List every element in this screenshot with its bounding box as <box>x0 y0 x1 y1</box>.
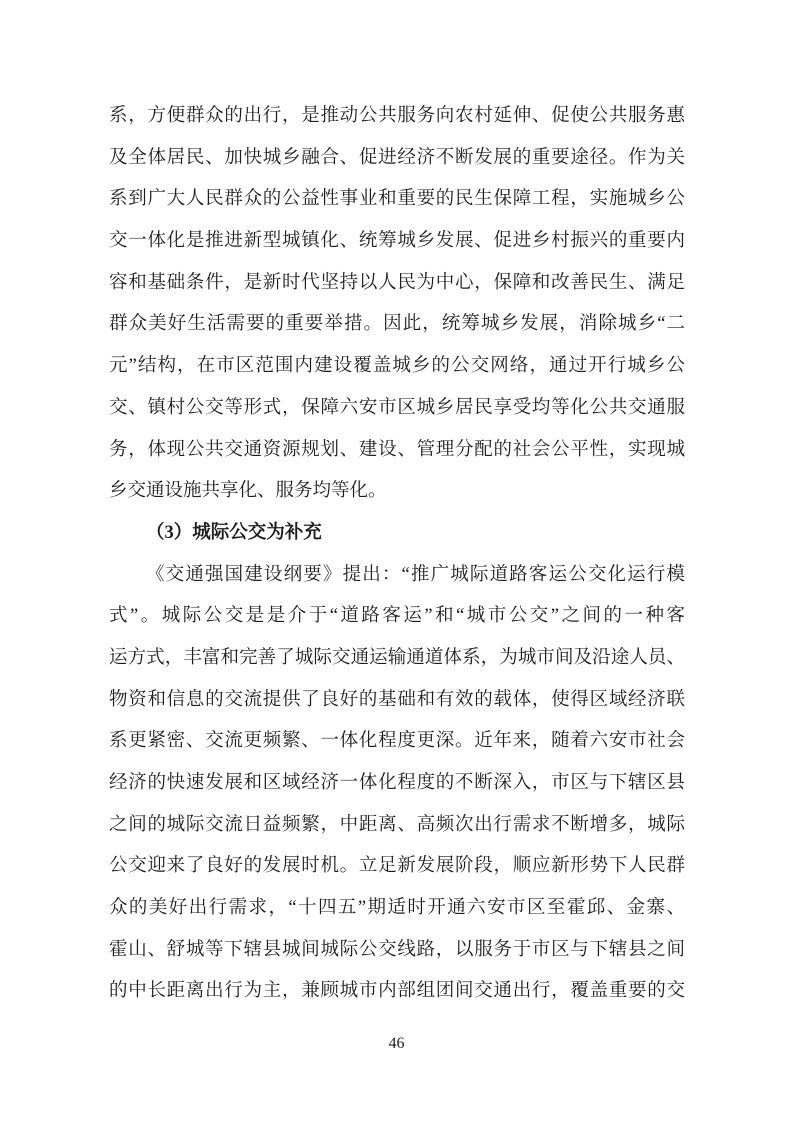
text-line: 霍山、舒城等下辖县城间城际公交线路，以服务于市区与下辖县之间 <box>109 930 685 972</box>
text-line: 群众美好生活需要的重要举措。因此，统筹城乡发展，消除城乡“二 <box>109 304 685 346</box>
text-line: 经济的快速发展和区域经济一体化程度的不断深入，市区与下辖区县 <box>109 763 685 805</box>
document-page: 系，方便群众的出行，是推动公共服务向农村延伸、促使公共服务惠 及全体居民、加快城… <box>0 0 793 1122</box>
text-line: 交一体化是推进新型城镇化、统筹城乡发展、促进乡村振兴的重要内 <box>109 221 685 263</box>
text-line: 系更紧密、交流更频繁、一体化程度更深。近年来，随着六安市社会 <box>109 721 685 763</box>
text-line: 众的美好出行需求，“十四五”期适时开通六安市区至霍邱、金寨、 <box>109 888 685 930</box>
text-line: 公交迎来了良好的发展时机。立足新发展阶段，顺应新形势下人民群 <box>109 846 685 888</box>
text-line: 系到广大人民群众的公益性事业和重要的民生保障工程，实施城乡公 <box>109 179 685 221</box>
text-line: 容和基础条件，是新时代坚持以人民为中心，保障和改善民生、满足 <box>109 263 685 305</box>
page-content: 系，方便群众的出行，是推动公共服务向农村延伸、促使公共服务惠 及全体居民、加快城… <box>109 96 685 1013</box>
text-line: 之间的城际交流日益频繁，中距离、高频次出行需求不断增多，城际 <box>109 805 685 847</box>
section-heading: （3）城际公交为补充 <box>109 513 685 555</box>
page-number-label: 46 <box>0 1033 793 1055</box>
text-line: 《交通强国建设纲要》提出：“推广城际道路客运公交化运行模 <box>109 555 685 597</box>
text-line: 式”。城际公交是是介于“道路客运”和“城市公交”之间的一种客 <box>109 596 685 638</box>
text-line: 系，方便群众的出行，是推动公共服务向农村延伸、促使公共服务惠 <box>109 96 685 138</box>
text-line: 乡交通设施共享化、服务均等化。 <box>109 471 685 513</box>
text-line: 务，体现公共交通资源规划、建设、管理分配的社会公平性，实现城 <box>109 430 685 472</box>
text-line: 元”结构，在市区范围内建设覆盖城乡的公交网络，通过开行城乡公 <box>109 346 685 388</box>
text-line: 交、镇村公交等形式，保障六安市区城乡居民享受均等化公共交通服 <box>109 388 685 430</box>
text-line: 的中长距离出行为主，兼顾城市内部组团间交通出行，覆盖重要的交 <box>109 971 685 1013</box>
text-line: 及全体居民、加快城乡融合、促进经济不断发展的重要途径。作为关 <box>109 138 685 180</box>
text-line: 运方式，丰富和完善了城际交通运输通道体系，为城市间及沿途人员、 <box>109 638 685 680</box>
text-line: 物资和信息的交流提供了良好的基础和有效的载体，使得区域经济联 <box>109 680 685 722</box>
